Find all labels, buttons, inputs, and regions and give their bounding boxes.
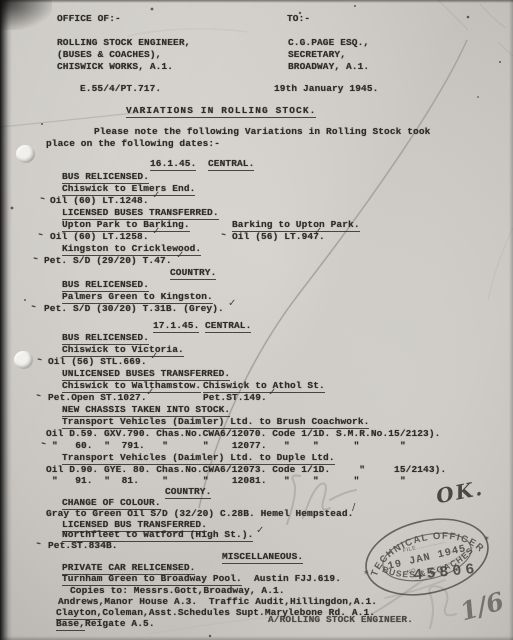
tick-dash-7: –	[35, 390, 43, 402]
punch-hole-bottom	[14, 351, 33, 369]
to-line-2: SECRETARY,	[288, 50, 346, 60]
s2-vehicle-2a: Pet.Open ST.1027.	[48, 393, 147, 403]
copies-line-4: Base,Reigate A.5.	[56, 619, 155, 629]
from-line-3: CHISWICK WORKS, A.1.	[57, 62, 173, 72]
s2-bus-relicensed-heading: BUS RELICENSED.	[62, 333, 149, 345]
s2-vehicle-1: Oil (56) STL.669.	[48, 357, 147, 367]
s1-bus-relicensed-heading: BUS RELICENSED.	[62, 172, 149, 184]
s2-route-2b: Chiswick to Athol St.	[203, 381, 325, 393]
s2-country-heading: COUNTRY.	[165, 487, 211, 499]
s1-vehicle-2a: Oil (60) LT.1258.	[50, 232, 149, 242]
s1-route-2b: Barking to Upton Park.	[232, 220, 360, 232]
s2-route-4: Turnham Green to Broadway Pool.	[62, 574, 242, 586]
tick-dash-1: –	[39, 193, 47, 205]
tick-check-7: ✓	[146, 387, 154, 398]
copies-line-1: Copies to: Messrs.Gott,Broadway, A.1.	[70, 586, 285, 596]
intro-line-1: Please note the following Variations in …	[94, 127, 430, 137]
s2-route-1: Chiswick to Victoria.	[62, 345, 184, 357]
copies-line-2: Andrews,Manor House A.3. Traffic Audit,H…	[58, 597, 377, 607]
tick-check-2: ✓	[152, 226, 160, 237]
tick-check-9: ✓	[256, 525, 264, 536]
s1-vehicle-2b: Oil (56) LT.947.	[232, 232, 325, 242]
punch-hole-top	[16, 145, 35, 163]
s1-vehicle-1: Oil (60) LT.1248.	[50, 196, 149, 206]
s2-maker-2: Transport Vehicles (Daimler) Ltd. to Dup…	[62, 453, 335, 465]
scan-edge-top	[0, 0, 513, 3]
intro-line-2: place on the following dates:-	[46, 139, 220, 149]
scan-edge-right	[509, 0, 513, 640]
tick-dash-2: –	[37, 229, 45, 241]
reference-number: E.55/4/PT.717.	[80, 84, 161, 94]
s1-route-2a: Upton Park to Barking.	[62, 220, 190, 232]
section2-area-heading: CENTRAL.	[205, 321, 251, 333]
s2-chassis-2a: Oil D.90. GYE. 80. Chas.No.CWA6/12073. C…	[46, 465, 446, 475]
s2-chassis-1a: Oil D.59. GXV.790. Chas.No.CWA6/12070. C…	[46, 429, 440, 439]
to-line-1: C.G.PAGE ESQ.,	[288, 38, 369, 48]
letter-date: 19th January 1945.	[274, 84, 378, 94]
from-line-2: (BUSES & COACHES),	[57, 50, 161, 60]
wrinkle-top-center	[128, 29, 248, 36]
crease-corner-1	[438, 0, 468, 30]
tick-check-5: ✓	[228, 298, 236, 309]
stamp-star-left-icon: ✶	[362, 567, 371, 577]
tick-check-4: ✓	[176, 250, 184, 261]
tick-check-6: ✓	[150, 351, 158, 362]
tick-dash-5: –	[30, 301, 38, 313]
s2-colour-line: Gray to Green Oil S/D (32/20) C.28B. Hem…	[46, 509, 353, 519]
tick-dash-6: –	[36, 354, 44, 366]
s1-bus-relicensed-heading-2: BUS RELICENSED.	[62, 280, 149, 292]
s2-maker-1: Transport Vehicles (Daimler) Ltd. to Bru…	[62, 417, 369, 429]
s2-route-2a: Chiswick to Walthamstow.	[62, 381, 201, 393]
s1-route-1: Chiswick to Elmers End.	[62, 184, 195, 196]
s2-chassis-1b: " 60. " 791. " " 12077. " " " "	[52, 441, 406, 451]
copies-line-4-name: Base,	[56, 618, 85, 631]
scan-edge-left	[0, 0, 12, 640]
tick-slash-1: /	[352, 502, 355, 513]
copies-line-4-rest: Reigate A.5.	[85, 618, 155, 629]
scan-corner-topleft	[0, 0, 52, 30]
scanned-letter-page: OFFICE OF:- TO:- ROLLING STOCK ENGINEER,…	[0, 0, 513, 640]
tick-dash-3: –	[220, 229, 228, 241]
s1-route-4: Palmers Green to Kingston.	[62, 292, 213, 304]
section1-date-heading: 16.1.45.	[150, 159, 196, 171]
office-of-label: OFFICE OF:-	[57, 14, 121, 24]
s2-vehicle-2b: Pet.ST.149.	[203, 393, 267, 403]
to-label: TO:-	[287, 14, 310, 24]
tick-dash-8: –	[40, 438, 48, 450]
section1-area-heading: CENTRAL.	[208, 159, 254, 171]
s2-unlicensed-transferred-heading: UNLICENSED BUSES TRANSFERRED.	[62, 369, 230, 381]
s1-country-heading: COUNTRY.	[170, 268, 216, 280]
s1-licensed-transferred-heading: LICENSED BUSES TRANSFERRED.	[62, 208, 219, 220]
s2-chassis-2b: " 91. " 81. " " 12081. " " " "	[52, 476, 406, 486]
from-line-1: ROLLING STOCK ENGINEER,	[57, 38, 190, 48]
s1-vehicle-4: Pet. S/D (30/20) T.31B. (Grey).	[44, 304, 224, 314]
s2-miscellaneous-heading: MISCELLANEOUS.	[222, 552, 303, 564]
tick-check-8: ✓	[268, 387, 276, 398]
tick-dash-9: –	[35, 538, 43, 550]
letter-title: VARIATIONS IN ROLLING STOCK.	[126, 106, 316, 118]
section2-date-heading: 17.1.45.	[153, 321, 199, 333]
to-line-3: BROADWAY, A.1.	[288, 62, 369, 72]
stamp-star-right-icon: ✶	[482, 533, 491, 543]
tick-check-3: ✓	[314, 226, 322, 237]
scan-edge-bottom	[0, 636, 513, 640]
s1-vehicle-3: Pet. S/D (29/20) T.47.	[44, 256, 172, 266]
crease-corner-2	[480, 4, 506, 28]
tick-check-1: ✓	[152, 190, 160, 201]
tick-dash-4: –	[32, 253, 40, 265]
s2-vehicle-4: Austin FJJ.619.	[254, 574, 341, 584]
s2-new-chassis-heading: NEW CHASSIS TAKEN INTO STOCK.	[62, 405, 230, 417]
s2-vehicle-3: Pet.ST.834B.	[48, 541, 118, 551]
